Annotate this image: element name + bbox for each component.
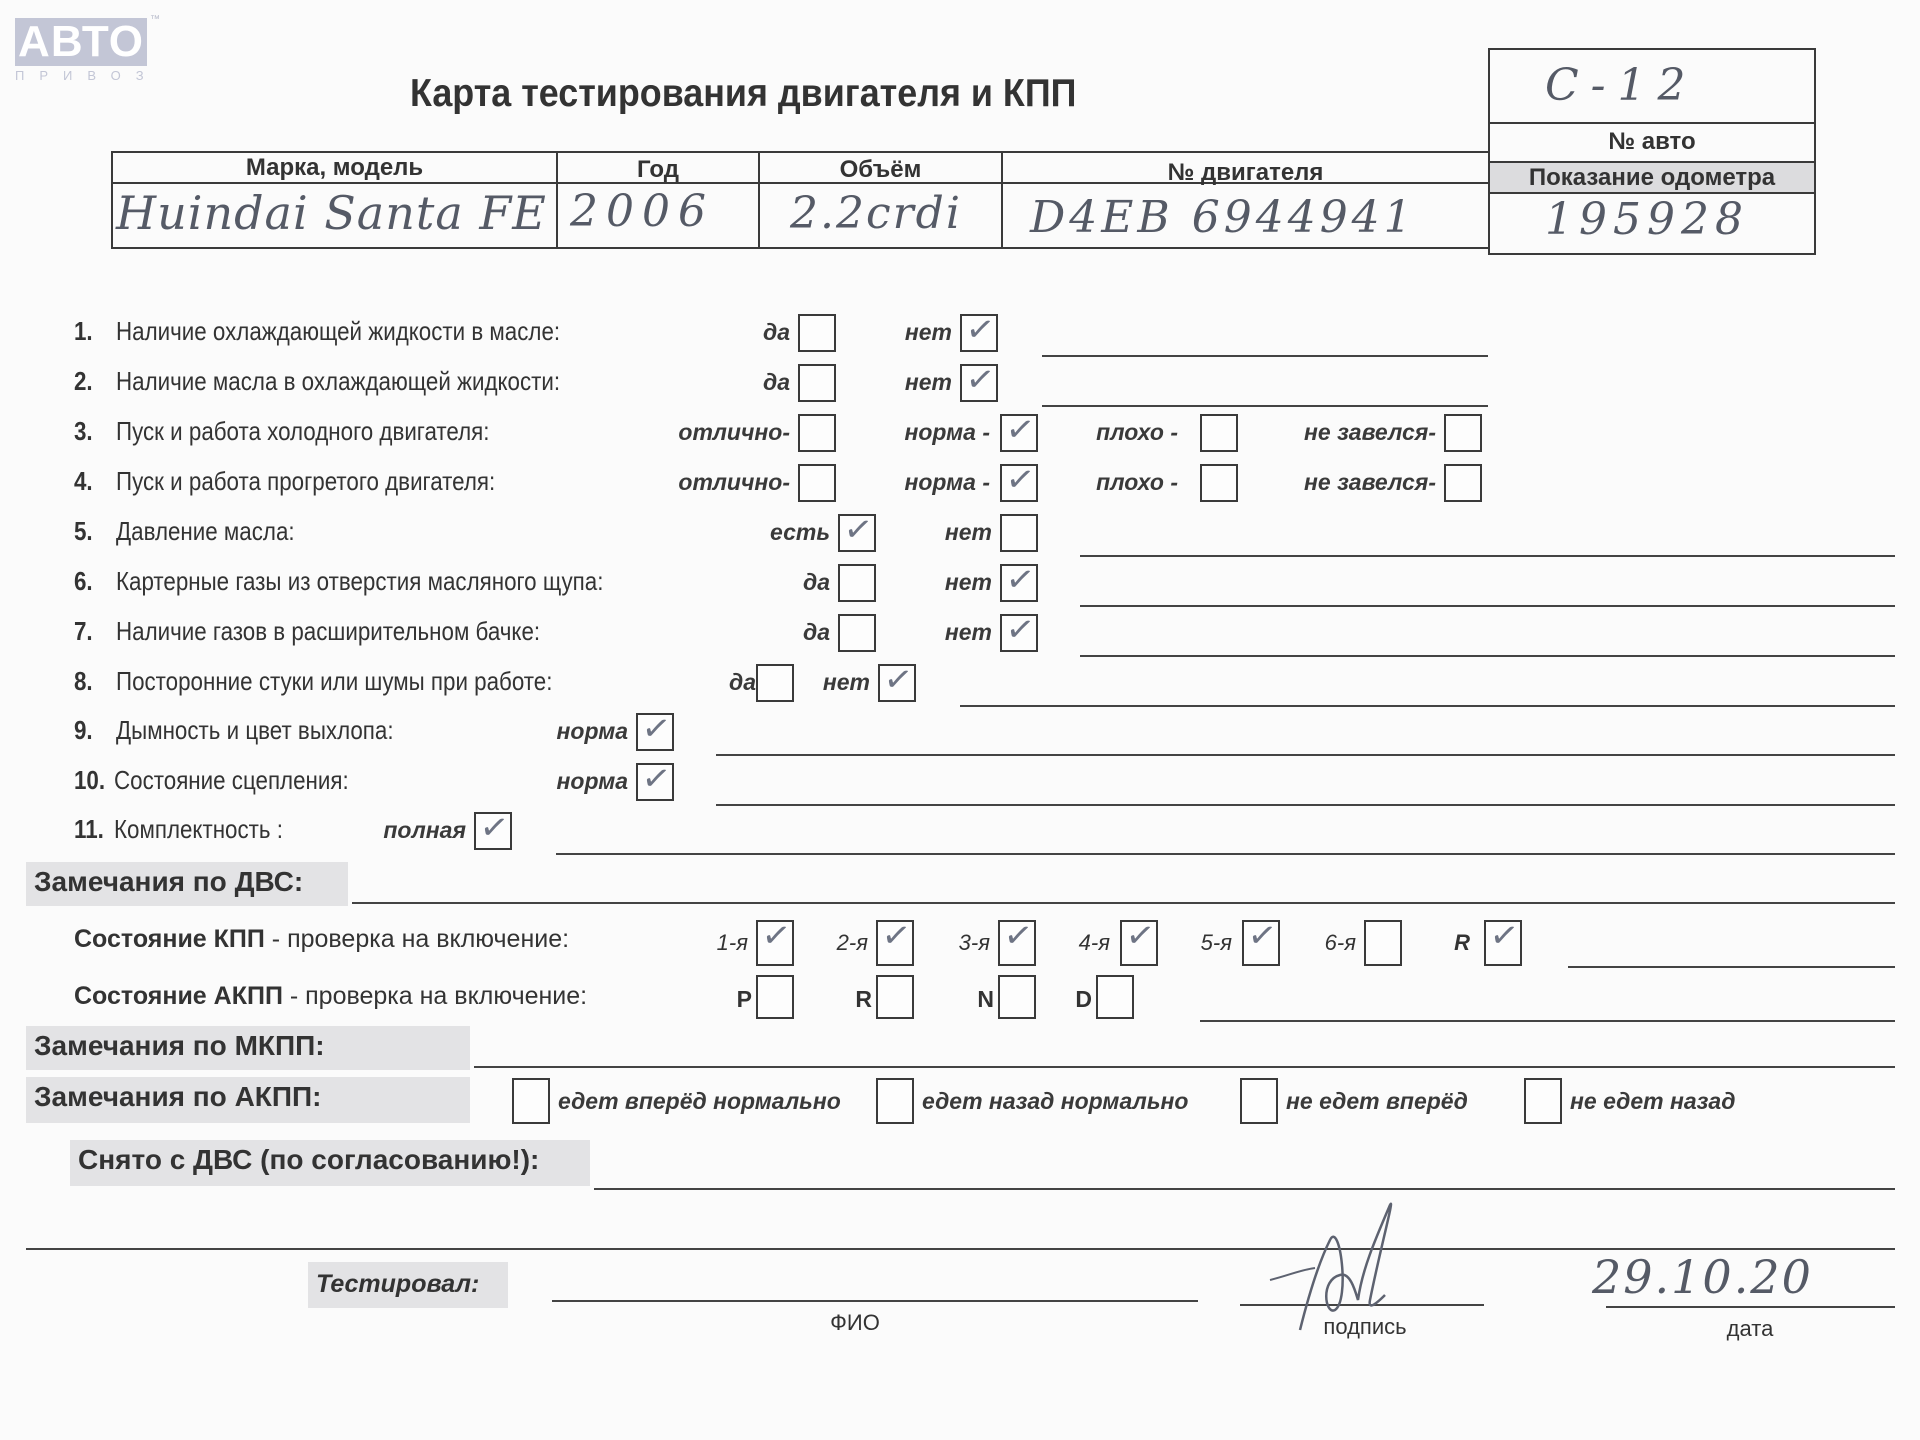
remarks-akpp-label: Замечания по АКПП:: [26, 1077, 470, 1123]
item-number: 1.: [74, 316, 93, 347]
akpp-remark-label: едет вперёд нормально: [558, 1088, 841, 1115]
logo: АВТО: [15, 18, 147, 66]
checkbox[interactable]: [636, 713, 674, 751]
item-label: Дымность и цвет выхлопа:: [116, 715, 394, 746]
item-number: 3.: [74, 416, 93, 447]
option-label: нет: [792, 619, 992, 646]
option-label: норма -: [790, 469, 990, 496]
akpp-remark-checkbox[interactable]: [512, 1078, 550, 1124]
akpp-notes-field[interactable]: [1200, 1020, 1895, 1022]
item-number: 11.: [74, 814, 104, 845]
item-number: 4.: [74, 466, 93, 497]
date-field[interactable]: [1606, 1306, 1895, 1308]
akpp-remark-checkbox[interactable]: [876, 1078, 914, 1124]
akpp-mode-checkbox[interactable]: [998, 975, 1036, 1019]
option-label: полная: [266, 817, 466, 844]
gear-label: 1-я: [688, 930, 748, 956]
kpp-notes-field[interactable]: [1568, 966, 1895, 968]
option-label: не завелся-: [1236, 419, 1436, 446]
checkbox[interactable]: [1200, 464, 1238, 502]
item-label: Пуск и работа прогретого двигателя:: [116, 466, 495, 497]
item-number: 2.: [74, 366, 93, 397]
checkbox[interactable]: [1000, 614, 1038, 652]
engine-number-value[interactable]: D4EB 6944941: [1030, 192, 1416, 243]
akpp-mode-label: D: [1066, 986, 1092, 1013]
item-notes-field[interactable]: [1042, 355, 1488, 357]
item-label: Картерные газы из отверстия масляного щу…: [116, 566, 603, 597]
checkbox[interactable]: [636, 763, 674, 801]
checkbox[interactable]: [1444, 464, 1482, 502]
option-label: норма -: [790, 419, 990, 446]
gear-label: 5-я: [1172, 930, 1232, 956]
tested-by-label: Тестировал:: [308, 1262, 508, 1308]
remarks-mkpp-label: Замечания по МКПП:: [26, 1026, 470, 1070]
gear-checkbox[interactable]: [876, 920, 914, 966]
item-number: 5.: [74, 516, 93, 547]
remarks-dvs-field[interactable]: [352, 902, 1895, 904]
remarks-dvs-label: Замечания по ДВС:: [26, 862, 348, 906]
logo-subtitle: ПРИВОЗ: [15, 68, 147, 83]
akpp-remark-label: едет назад нормально: [922, 1088, 1188, 1115]
gear-checkbox[interactable]: [998, 920, 1036, 966]
gear-label: R: [1410, 930, 1470, 956]
option-label: плохо -: [978, 419, 1178, 446]
column-header-volume: Объём: [760, 156, 1001, 184]
option-label: нет: [752, 319, 952, 346]
option-label: норма: [428, 768, 628, 795]
column-header-engine-number: № двигателя: [1003, 159, 1488, 187]
option-label: нет: [670, 669, 870, 696]
kpp-label: Состояние КПП - проверка на включение:: [74, 925, 569, 954]
item-label: Наличие охлаждающей жидкости в масле:: [116, 316, 560, 347]
item-label: Посторонние стуки или шумы при работе:: [116, 666, 552, 697]
gear-checkbox[interactable]: [1484, 920, 1522, 966]
item-notes-field[interactable]: [556, 853, 1895, 855]
gear-checkbox[interactable]: [1242, 920, 1280, 966]
akpp-remark-label: не едет вперёд: [1286, 1088, 1468, 1115]
checkbox[interactable]: [1444, 414, 1482, 452]
item-number: 6.: [74, 566, 93, 597]
checkbox[interactable]: [878, 664, 916, 702]
year-value[interactable]: 2006: [570, 186, 714, 237]
item-label: Состояние сцепления:: [114, 765, 349, 796]
gear-checkbox[interactable]: [1120, 920, 1158, 966]
removed-field[interactable]: [594, 1188, 1895, 1190]
checkbox[interactable]: [960, 364, 998, 402]
car-number-value[interactable]: C-12: [1545, 60, 1698, 111]
date-caption: дата: [1700, 1316, 1800, 1342]
item-label: Давление масла:: [116, 516, 295, 547]
akpp-mode-label: N: [968, 986, 994, 1013]
make-model-value[interactable]: Huindai Santa FE: [116, 186, 547, 240]
signature-mark: [1240, 1200, 1440, 1360]
date-value[interactable]: 29.10.20: [1592, 1250, 1813, 1304]
option-label: нет: [792, 519, 992, 546]
column-header-year: Год: [558, 156, 758, 184]
option-label: отлично-: [590, 419, 790, 446]
gear-checkbox[interactable]: [756, 920, 794, 966]
checkbox[interactable]: [1200, 414, 1238, 452]
akpp-mode-checkbox[interactable]: [1096, 975, 1134, 1019]
item-number: 9.: [74, 715, 93, 746]
gear-label: 6-я: [1296, 930, 1356, 956]
gear-label: 2-я: [808, 930, 868, 956]
item-notes-field[interactable]: [716, 804, 1895, 806]
item-notes-field[interactable]: [1080, 655, 1895, 657]
removed-label: Снято с ДВС (по согласованию!):: [70, 1140, 590, 1186]
option-label: нет: [752, 369, 952, 396]
option-label: плохо -: [978, 469, 1178, 496]
option-label: отлично-: [590, 469, 790, 496]
item-number: 7.: [74, 616, 93, 647]
item-notes-field[interactable]: [1042, 405, 1488, 407]
option-label: норма: [428, 718, 628, 745]
item-label: Пуск и работа холодного двигателя:: [116, 416, 489, 447]
akpp-remark-checkbox[interactable]: [1240, 1078, 1278, 1124]
item-number: 10.: [74, 765, 105, 796]
page-title: Карта тестирования двигателя и КПП: [410, 72, 1076, 116]
item-notes-field[interactable]: [716, 754, 1895, 756]
option-label: не завелся-: [1236, 469, 1436, 496]
akpp-remark-label: не едет назад: [1570, 1088, 1735, 1115]
akpp-mode-label: R: [846, 986, 872, 1013]
checkbox[interactable]: [474, 812, 512, 850]
checkbox[interactable]: [960, 314, 998, 352]
akpp-mode-label: P: [726, 986, 752, 1013]
fio-field[interactable]: [552, 1300, 1198, 1302]
remarks-mkpp-field[interactable]: [474, 1066, 1895, 1068]
fio-caption: ФИО: [552, 1310, 1158, 1336]
gear-label: 4-я: [1050, 930, 1110, 956]
akpp-label: Состояние АКПП - проверка на включение:: [74, 982, 587, 1011]
volume-value[interactable]: 2.2crdi: [790, 188, 962, 239]
akpp-remark-checkbox[interactable]: [1524, 1078, 1562, 1124]
car-number-label: № авто: [1488, 128, 1816, 156]
item-notes-field[interactable]: [1080, 605, 1895, 607]
item-number: 8.: [74, 666, 93, 697]
akpp-mode-checkbox[interactable]: [876, 975, 914, 1019]
item-notes-field[interactable]: [960, 705, 1895, 707]
item-notes-field[interactable]: [1080, 555, 1895, 557]
akpp-mode-checkbox[interactable]: [756, 975, 794, 1019]
checkbox[interactable]: [1000, 564, 1038, 602]
item-label: Наличие масла в охлаждающей жидкости:: [116, 366, 560, 397]
column-header-make-model: Марка, модель: [113, 154, 556, 182]
gear-checkbox[interactable]: [1364, 920, 1402, 966]
item-label: Наличие газов в расширительном бачке:: [116, 616, 540, 647]
item-label: Комплектность :: [114, 814, 283, 845]
column-header-odometer: Показание одометра: [1488, 164, 1816, 192]
checkbox[interactable]: [1000, 514, 1038, 552]
odometer-value[interactable]: 195928: [1545, 194, 1749, 245]
logo-trademark: ™: [150, 14, 160, 25]
gear-label: 3-я: [930, 930, 990, 956]
option-label: нет: [792, 569, 992, 596]
